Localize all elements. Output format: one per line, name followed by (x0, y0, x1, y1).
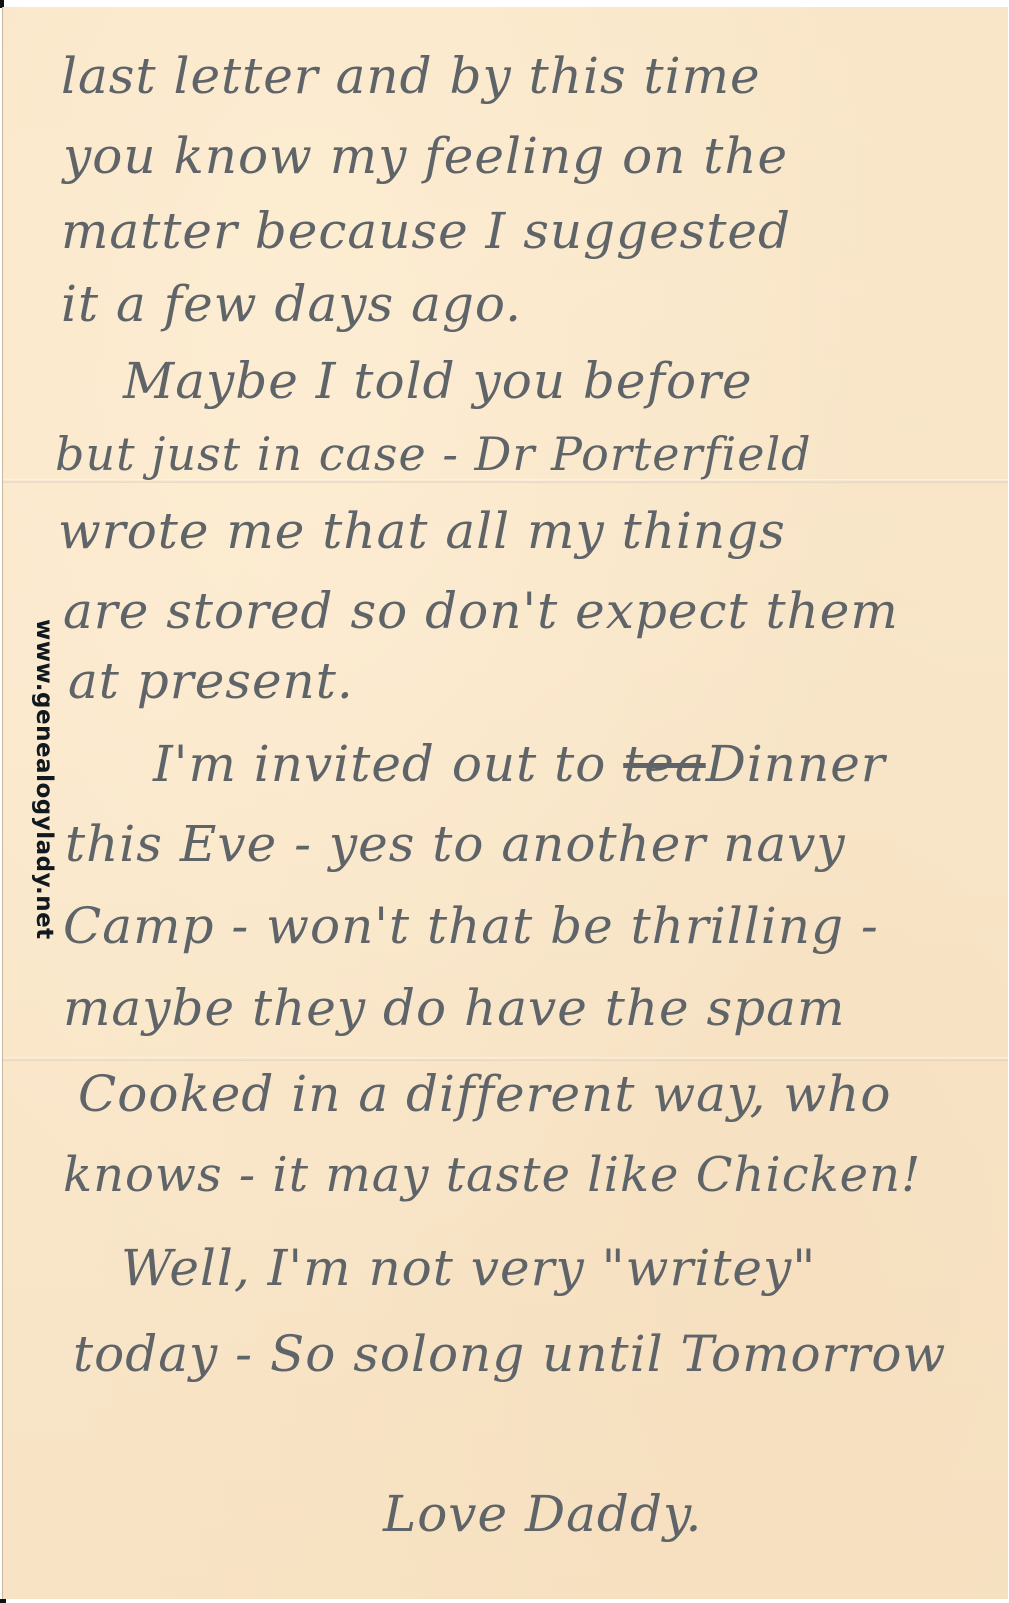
letter-line-13: maybe they do have the spam (63, 979, 845, 1037)
letter-line-7: wrote me that all my things (58, 502, 786, 560)
letter-line-14: Cooked in a different way, who (78, 1065, 891, 1123)
letter-line-4: it a few days ago. (61, 275, 522, 333)
letter-line-3: matter because I suggested (61, 202, 791, 260)
letter-line-8: are stored so don't expect them (63, 582, 899, 640)
letter-line-16: Well, I'm not very "writey" (121, 1239, 816, 1297)
signature: Love Daddy. (383, 1485, 702, 1543)
struck-word: tea (623, 735, 706, 793)
letter-page: last letter and by this time you know my… (2, 7, 1008, 1599)
letter-line-2: you know my feeling on the (63, 127, 788, 185)
letter-line-17: today - So solong until Tomorrow (73, 1325, 946, 1383)
letter-line-10: I'm invited out to teaDinner (153, 735, 886, 793)
letter-line-9: at present. (68, 652, 354, 710)
letter-line-12: Camp - won't that be thrilling - (63, 897, 879, 955)
letter-line-6: but just in case - Dr Porterfield (55, 427, 812, 481)
line-text: I'm invited out to (153, 735, 606, 793)
letter-line-1: last letter and by this time (61, 47, 761, 105)
inserted-word: Dinner (706, 735, 886, 793)
letter-line-11: this Eve - yes to another navy (65, 815, 846, 873)
letter-line-5: Maybe I told you before (123, 352, 753, 410)
letter-line-15: knows - it may taste like Chicken! (63, 1147, 921, 1203)
watermark-url: www.genealogylady.net (31, 619, 57, 940)
paper-fold-line (3, 1057, 1008, 1061)
scan-corner-mark (0, 1599, 6, 1603)
